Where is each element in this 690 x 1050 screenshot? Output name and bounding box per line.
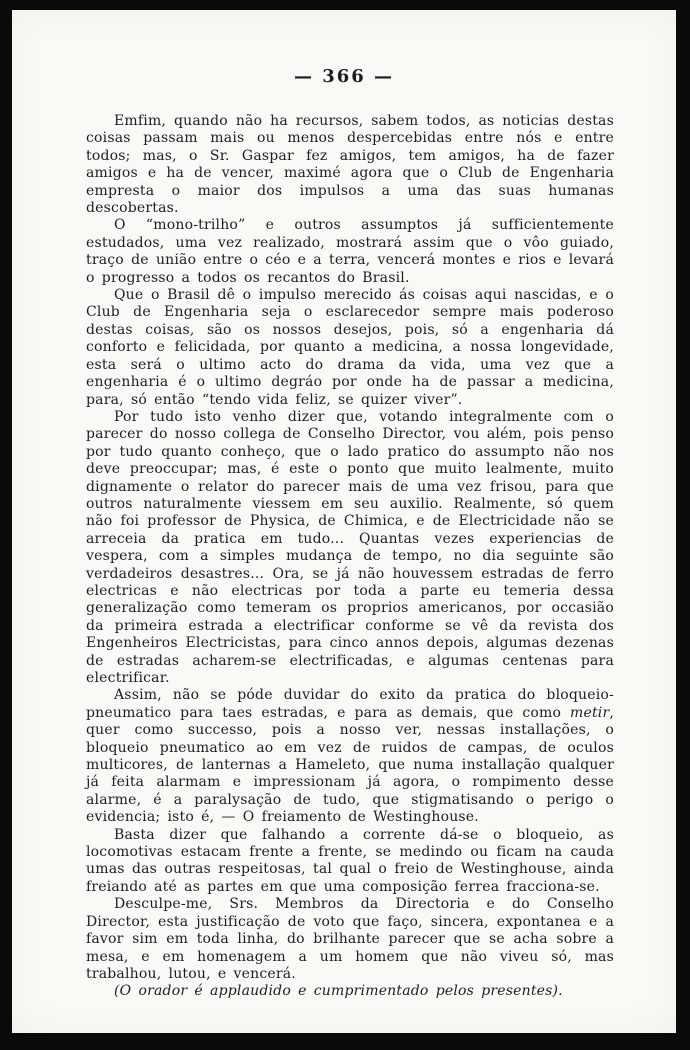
paragraph: Emfim, quando não ha recursos, sabem tod… <box>86 113 614 217</box>
text-segment: Basta dizer que falhando a corrente dá-s… <box>86 827 614 895</box>
text-segment: Que o Brasil dê o impulso merecido ás co… <box>86 287 614 407</box>
page-number: — 366 — <box>12 66 676 87</box>
paragraph: (O orador é applaudido e cumprimentado p… <box>86 983 614 1000</box>
text-segment: Desculpe-me, Srs. Membros da Directoria … <box>86 896 614 982</box>
text-segment: O “mono-trilho” e outros assumptos já su… <box>86 217 614 285</box>
text-segment: Emfim, quando não ha recursos, sabem tod… <box>86 113 614 216</box>
paragraph: O “mono-trilho” e outros assumptos já su… <box>86 217 614 287</box>
italic-text: metir <box>570 705 609 721</box>
paragraph: Basta dizer que falhando a corrente dá-s… <box>86 827 614 897</box>
paragraph: Que o Brasil dê o impulso merecido ás co… <box>86 287 614 409</box>
scan-border: — 366 — Emfim, quando não ha recursos, s… <box>0 0 690 1050</box>
text-segment: , quer como successo, pois a nosso ver, … <box>86 705 614 825</box>
document-page: — 366 — Emfim, quando não ha recursos, s… <box>12 10 676 1033</box>
text-segment: Por tudo isto venho dizer que, votando i… <box>86 409 614 686</box>
text-segment: (O orador é applaudido e cumprimentado p… <box>114 983 563 999</box>
paragraph: Assim, não se póde duvidar do exito da p… <box>86 687 614 826</box>
paragraph: Por tudo isto venho dizer que, votando i… <box>86 409 614 688</box>
text-segment: Assim, não se póde duvidar do exito da p… <box>86 687 614 720</box>
paragraph: Desculpe-me, Srs. Membros da Directoria … <box>86 896 614 983</box>
page-body: Emfim, quando não ha recursos, sabem tod… <box>86 113 614 1001</box>
